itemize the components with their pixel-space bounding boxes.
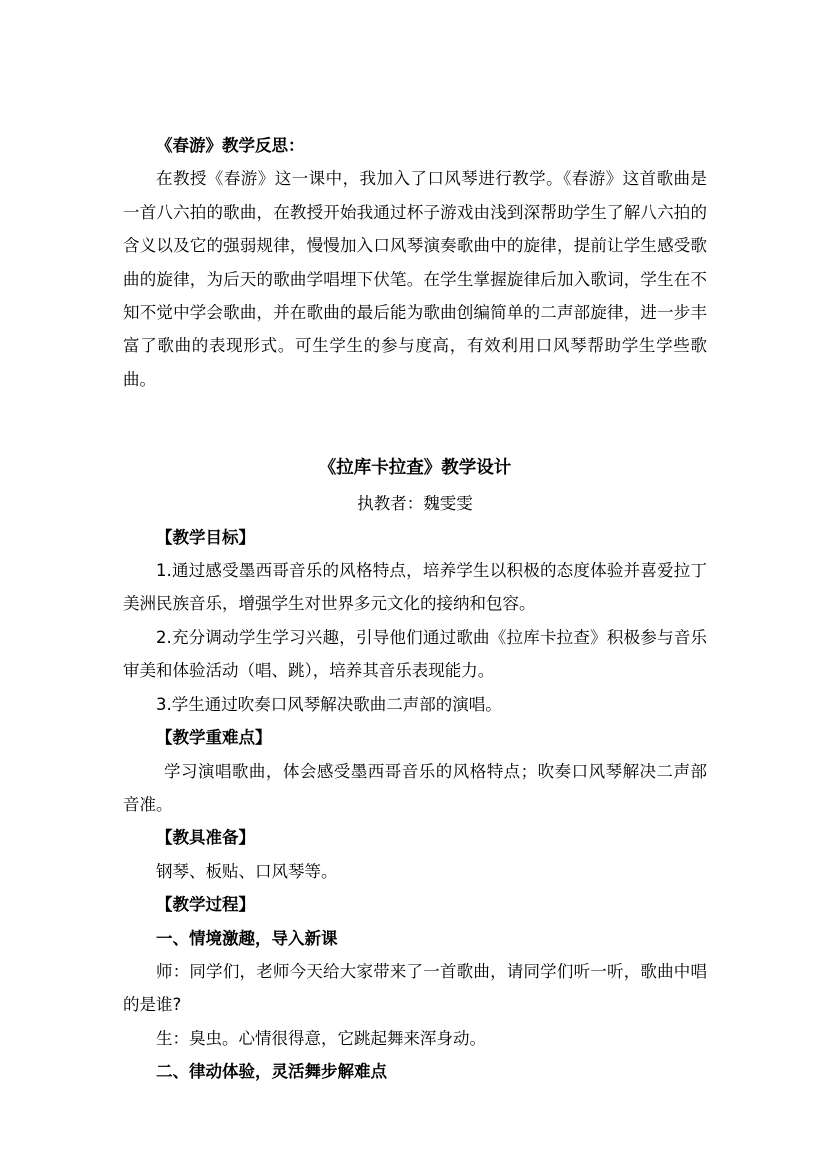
process-step-2-heading: 二、律动体验，灵活舞步解难点 [123,1055,707,1088]
lesson-title: 《拉库卡拉查》教学设计 [123,450,707,487]
reflection-paragraph: 在教授《春游》这一课中，我加入了口风琴进行教学。《春游》这首歌曲是一首八六拍的歌… [123,162,707,396]
objective-item-1: 1.通过感受墨西哥音乐的风格特点，培养学生以积极的态度体验并喜爱拉丁美洲民族音乐… [123,554,707,621]
objective-item-3: 3.学生通过吹奏口风琴解决歌曲二声部的演唱。 [123,688,707,721]
process-dialog-student: 生：臭虫。心情很得意，它跳起舞来浑身动。 [123,1022,707,1055]
process-heading: 【教学过程】 [123,888,707,921]
materials-text: 钢琴、板贴、口风琴等。 [123,855,707,888]
objectives-heading: 【教学目标】 [123,521,707,554]
key-points-text: 学习演唱歌曲，体会感受墨西哥音乐的风格特点；吹奏口风琴解决二声部音准。 [123,755,707,822]
document-page: 《春游》教学反思： 在教授《春游》这一课中，我加入了口风琴进行教学。《春游》这首… [0,0,827,1170]
process-step-1-heading: 一、情境激趣，导入新课 [123,922,707,955]
materials-heading: 【教具准备】 [123,821,707,854]
teacher-line: 执教者：魏雯雯 [123,487,707,520]
key-points-heading: 【教学重难点】 [123,721,707,754]
objective-item-2: 2.充分调动学生学习兴趣，引导他们通过歌曲《拉库卡拉查》积极参与音乐审美和体验活… [123,621,707,688]
reflection-heading: 《春游》教学反思： [123,129,707,162]
process-dialog-teacher: 师：同学们，老师今天给大家带来了一首歌曲，请同学们听一听，歌曲中唱的是谁? [123,955,707,1022]
